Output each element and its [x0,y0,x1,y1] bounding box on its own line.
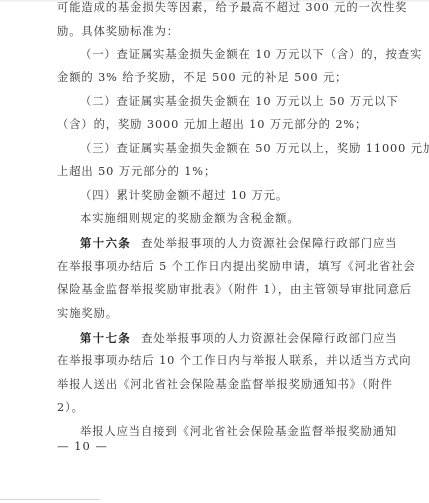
text-line: （三）查证属实基金损失金额在 50 万元以上，奖励 11000 元加 [57,142,367,156]
text-line: （含）的，奖励 3000 元加上超出 10 万元部分的 2%； [57,118,367,132]
text-line: 2）。 [57,401,367,415]
text-line: （四）累计奖励金额不超过 10 万元。 [57,189,367,203]
text-line: 保险基金监督举报奖励审批表》（附件 1），由主管领导审批同意后 [57,283,367,297]
text-line: 金额的 3% 给予奖励，不足 500 元的补足 500 元； [57,71,367,85]
text-line: 在举报事项办结后 10 个工作日内与举报人联系，并以适当方式向 [57,354,367,368]
page-bottom-edge [0,499,100,500]
text-line: 举报人应当自接到《河北省社会保险基金监督举报奖励通知 [57,425,367,439]
article-16-heading-line: 第十六条查处举报事项的人力资源社会保障行政部门应当 [57,236,367,250]
article-number: 第十七条 [80,331,131,345]
text-line: （二）查证属实基金损失金额在 10 万元以上 50 万元以下 [57,95,367,109]
text-line: 励。具体奖励标准为： [57,25,367,39]
article-number: 第十六条 [80,236,131,250]
text-line: 上超出 50 万元部分的 1%； [57,165,367,179]
text-line: （一）查证属实基金损失金额在 10 万元以下（含）的，按查实 [57,48,367,62]
text-line: 举报人送出《河北省社会保险基金监督举报奖励通知书》（附件 [57,378,367,392]
article-text: 查处举报事项的人力资源社会保障行政部门应当 [141,237,397,250]
article-text: 查处举报事项的人力资源社会保障行政部门应当 [141,332,397,345]
text-line: 可能造成的基金损失等因素，给予最高不超过 300 元的一次性奖 [57,1,367,15]
text-line: 实施奖励。 [57,307,367,321]
text-line: 本实施细则规定的奖励金额为含税金额。 [57,212,367,226]
text-line: 在举报事项办结后 5 个工作日内提出奖励申请，填写《河北省社会 [57,260,367,274]
article-17-heading-line: 第十七条查处举报事项的人力资源社会保障行政部门应当 [57,331,367,345]
page-number: — 10 — [57,439,108,453]
